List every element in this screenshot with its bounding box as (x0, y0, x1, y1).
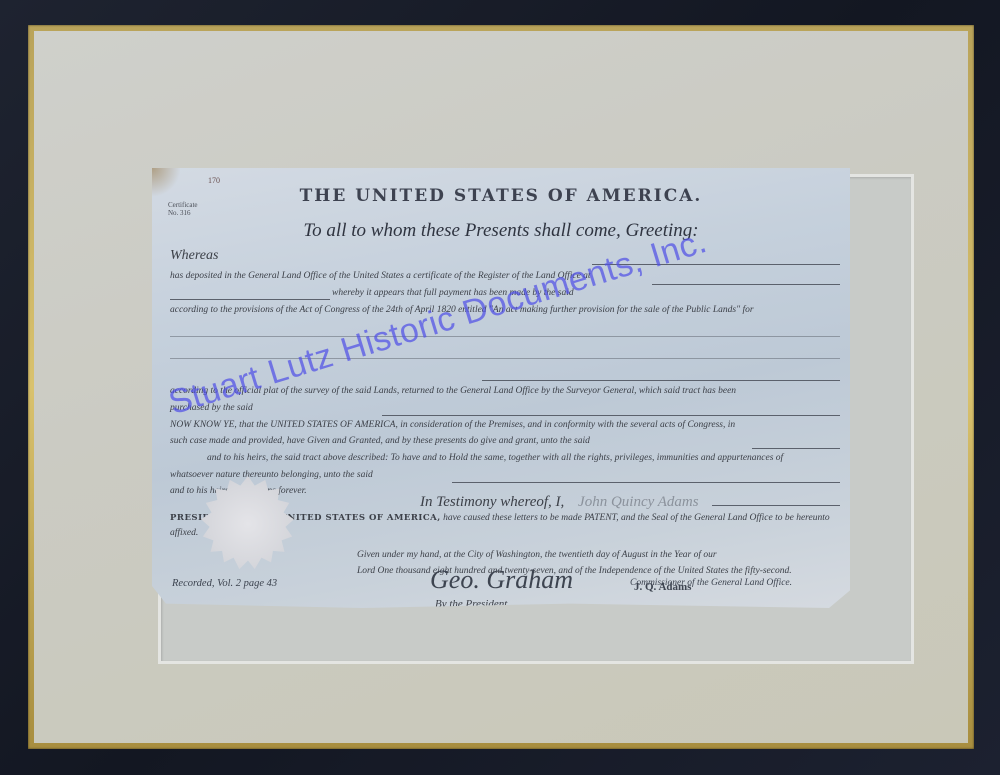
document-title: THE UNITED STATES OF AMERICA. (152, 186, 850, 206)
body-line-9: whatsoever nature thereunto belonging, u… (170, 470, 840, 480)
greeting-line: To all to whom these Presents shall come… (152, 220, 850, 242)
rule (752, 448, 840, 449)
corner-mark: 170 (208, 176, 220, 185)
picture-frame: 170 Certificate No. 316 THE UNITED STATE… (0, 0, 1000, 775)
testimony-text: In Testimony whereof, I, (420, 494, 564, 510)
whereas-line: Whereas (170, 248, 840, 264)
rule (652, 284, 840, 285)
commissioner-signature: Geo. Graham (430, 565, 573, 595)
now-know-ye-text: NOW KNOW YE, that the UNITED STATES OF A… (170, 420, 735, 430)
certificate-no: No. 316 (168, 209, 198, 217)
body-line-7: such case made and provided, have Given … (170, 436, 840, 446)
rule (482, 380, 840, 381)
testimony-name: John Quincy Adams (578, 494, 699, 510)
rule (170, 336, 840, 337)
commissioner-title: Commissioner of the General Land Office. (630, 578, 792, 588)
rule (382, 415, 840, 416)
rule (712, 505, 840, 506)
body-line-6: NOW KNOW YE, that the UNITED STATES OF A… (170, 420, 840, 430)
rule (452, 482, 840, 483)
rule (170, 299, 330, 300)
body-line-1: has deposited in the General Land Office… (170, 271, 840, 281)
recorded-note: Recorded, Vol. 2 page 43 (172, 578, 277, 589)
body-line-5: purchased by the said (170, 403, 840, 413)
testimony-line: In Testimony whereof, I, John Quincy Ada… (420, 454, 840, 471)
president-rest: have caused these letters to be made PAT… (443, 513, 830, 523)
given-line-1: Given under my hand, at the City of Wash… (357, 550, 840, 560)
